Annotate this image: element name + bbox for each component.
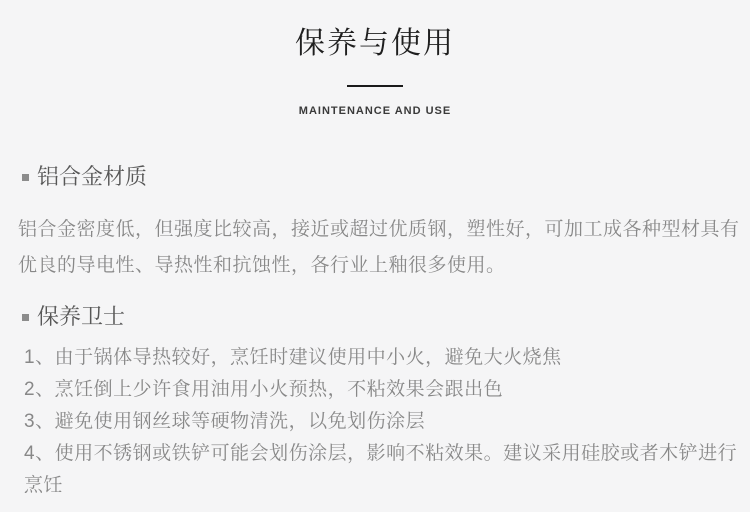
care-instructions-list: 1、由于锅体导热较好，烹饪时建议使用中小火，避免大火烧焦 2、烹饪倒上少许食用油…: [24, 342, 738, 502]
page-title: 保养与使用: [0, 27, 750, 61]
section-heading-material: 铝合金材质: [22, 164, 750, 190]
page-subtitle: MAINTENANCE AND USE: [0, 104, 750, 118]
product-info-page: 保养与使用 MAINTENANCE AND USE 铝合金材质 铝合金密度低，但…: [0, 0, 750, 512]
square-bullet-icon: [22, 314, 29, 321]
section-heading-care: 保养卫士: [22, 304, 750, 330]
care-instruction-item: 1、由于锅体导热较好，烹饪时建议使用中小火，避免大火烧焦: [24, 342, 738, 374]
square-bullet-icon: [22, 174, 29, 181]
care-instruction-item: 2、烹饪倒上少许食用油用小火预热，不粘效果会跟出色: [24, 374, 738, 406]
title-divider: [347, 85, 403, 87]
care-instruction-item: 3、避免使用钢丝球等硬物清洗，以免划伤涂层: [24, 406, 738, 438]
section-heading-label: 保养卫士: [37, 304, 125, 330]
care-instruction-item: 4、使用不锈钢或铁铲可能会划伤涂层，影响不粘效果。建议采用硅胶或者木铲进行烹饪: [24, 438, 738, 502]
page-header: 保养与使用 MAINTENANCE AND USE: [0, 0, 750, 118]
material-description-paragraph: 铝合金密度低，但强度比较高，接近或超过优质钢，塑性好，可加工成各种型材具有优良的…: [18, 212, 742, 284]
section-heading-label: 铝合金材质: [37, 164, 147, 190]
